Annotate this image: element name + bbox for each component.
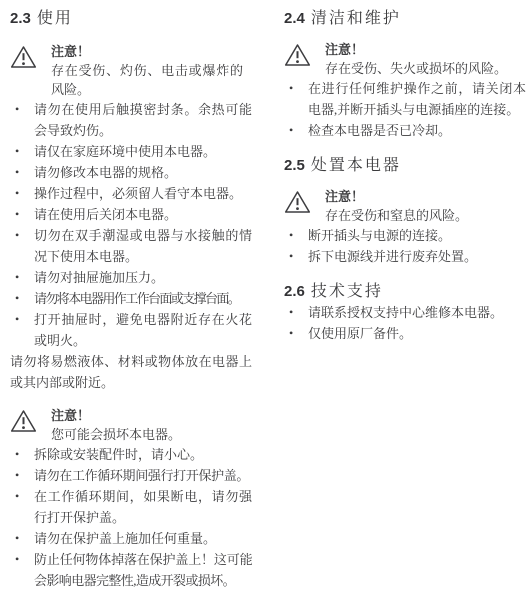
- list-item: 请勿对抽屉施加压力。: [10, 267, 252, 288]
- section-number: 2.6: [284, 283, 305, 300]
- notice-body: 注意！ 存在受伤、失火或损坏的风险。: [325, 40, 507, 78]
- list-item: 在工作循环期间，如果断电，请勿强行打开保护盖。: [10, 486, 252, 528]
- list-item: 切勿在双手潮湿或电器与水接触的情况下使用本电器。: [10, 225, 252, 267]
- list-item: 请仅在家庭环境中使用本电器。: [10, 141, 252, 162]
- list-item: 断开插头与电源的连接。: [284, 225, 526, 246]
- notice-text: 存在受伤、失火或损坏的风险。: [325, 59, 507, 78]
- notice-label: 注意！: [51, 42, 243, 61]
- warning-notice: 注意！ 存在受伤、失火或损坏的风险。: [284, 40, 526, 78]
- section-heading-disposal: 2.5处置本电器: [284, 156, 526, 176]
- list-item: 请在使用后关闭本电器。: [10, 204, 252, 225]
- section-title: 清洁和维护: [311, 10, 401, 27]
- notice-body: 注意！ 存在受伤、灼伤、电击或爆炸的风险。: [51, 42, 243, 99]
- list-item: 请勿在使用后触摸密封条。余热可能会导致灼伤。: [10, 99, 252, 141]
- warning-triangle-icon: [10, 406, 38, 438]
- warning-notice: 注意！ 存在受伤和窒息的风险。: [284, 187, 526, 225]
- list-item: 防止任何物体掉落在保护盖上！这可能会影响电器完整性,造成开裂或损坏。: [10, 549, 252, 591]
- notice-text: 存在受伤和窒息的风险。: [325, 206, 468, 225]
- damage-bullet-list: 拆除或安装配件时，请小心。 请勿在工作循环期间强行打开保护盖。 在工作循环期间，…: [10, 444, 252, 591]
- usage-bullet-list: 请勿在使用后触摸密封条。余热可能会导致灼伤。 请仅在家庭环境中使用本电器。 请勿…: [10, 99, 252, 351]
- section-title: 使用: [37, 10, 73, 27]
- section-number: 2.4: [284, 10, 305, 27]
- list-item: 仅使用原厂备件。: [284, 323, 526, 344]
- list-item: 打开抽屉时，避免电器附近存在火花或明火。: [10, 309, 252, 351]
- section-number: 2.5: [284, 157, 305, 174]
- support-bullet-list: 请联系授权支持中心维修本电器。 仅使用原厂备件。: [284, 302, 526, 344]
- notice-label: 注意！: [51, 406, 181, 425]
- warning-triangle-icon: [284, 187, 312, 219]
- notice-label: 注意！: [325, 187, 468, 206]
- section-title: 处置本电器: [311, 157, 401, 174]
- notice-text: 您可能会损坏本电器。: [51, 425, 181, 444]
- notice-body: 注意！ 存在受伤和窒息的风险。: [325, 187, 468, 225]
- warning-notice: 注意！ 您可能会损坏本电器。: [10, 406, 252, 444]
- notice-text: 存在受伤、灼伤、电击或爆炸的风险。: [51, 61, 243, 99]
- list-item: 拆除或安装配件时，请小心。: [10, 444, 252, 465]
- list-item: 请联系授权支持中心维修本电器。: [284, 302, 526, 323]
- list-item: 请勿在工作循环期间强行打开保护盖。: [10, 465, 252, 486]
- section-number: 2.3: [10, 10, 31, 27]
- disposal-bullet-list: 断开插头与电源的连接。 拆下电源线并进行废弃处置。: [284, 225, 526, 267]
- left-column: 2.3使用 注意！ 存在受伤、灼伤、电击或爆炸的风险。 请勿在使用后触摸密封条。…: [10, 0, 252, 591]
- list-item: 请勿修改本电器的规格。: [10, 162, 252, 183]
- warning-triangle-icon: [10, 42, 38, 74]
- list-item: 在进行任何维护操作之前，请关闭本电器,并断开插头与电源插座的连接。: [284, 78, 526, 120]
- notice-label: 注意！: [325, 40, 507, 59]
- list-item: 请勿将本电器用作工作台面或支撑台面。: [10, 288, 252, 309]
- section-heading-cleaning: 2.4清洁和维护: [284, 9, 526, 29]
- list-item: 操作过程中，必须留人看守本电器。: [10, 183, 252, 204]
- manual-page: 2.3使用 注意！ 存在受伤、灼伤、电击或爆炸的风险。 请勿在使用后触摸密封条。…: [0, 0, 530, 603]
- right-column: 2.4清洁和维护 注意！ 存在受伤、失火或损坏的风险。 在进行任何维护操作之前，…: [284, 0, 526, 344]
- list-item: 检查本电器是否已冷却。: [284, 120, 526, 141]
- warning-notice: 注意！ 存在受伤、灼伤、电击或爆炸的风险。: [10, 42, 252, 99]
- cleaning-bullet-list: 在进行任何维护操作之前，请关闭本电器,并断开插头与电源插座的连接。 检查本电器是…: [284, 78, 526, 141]
- list-item: 拆下电源线并进行废弃处置。: [284, 246, 526, 267]
- section-title: 技术支持: [311, 283, 383, 300]
- list-item: 请勿在保护盖上施加任何重量。: [10, 528, 252, 549]
- section-heading-support: 2.6技术支持: [284, 282, 526, 302]
- flammables-paragraph: 请勿将易燃液体、材料或物体放在电器上或其内部或附近。: [10, 351, 252, 393]
- section-heading-usage: 2.3使用: [10, 9, 252, 29]
- warning-triangle-icon: [284, 40, 312, 72]
- notice-body: 注意！ 您可能会损坏本电器。: [51, 406, 181, 444]
